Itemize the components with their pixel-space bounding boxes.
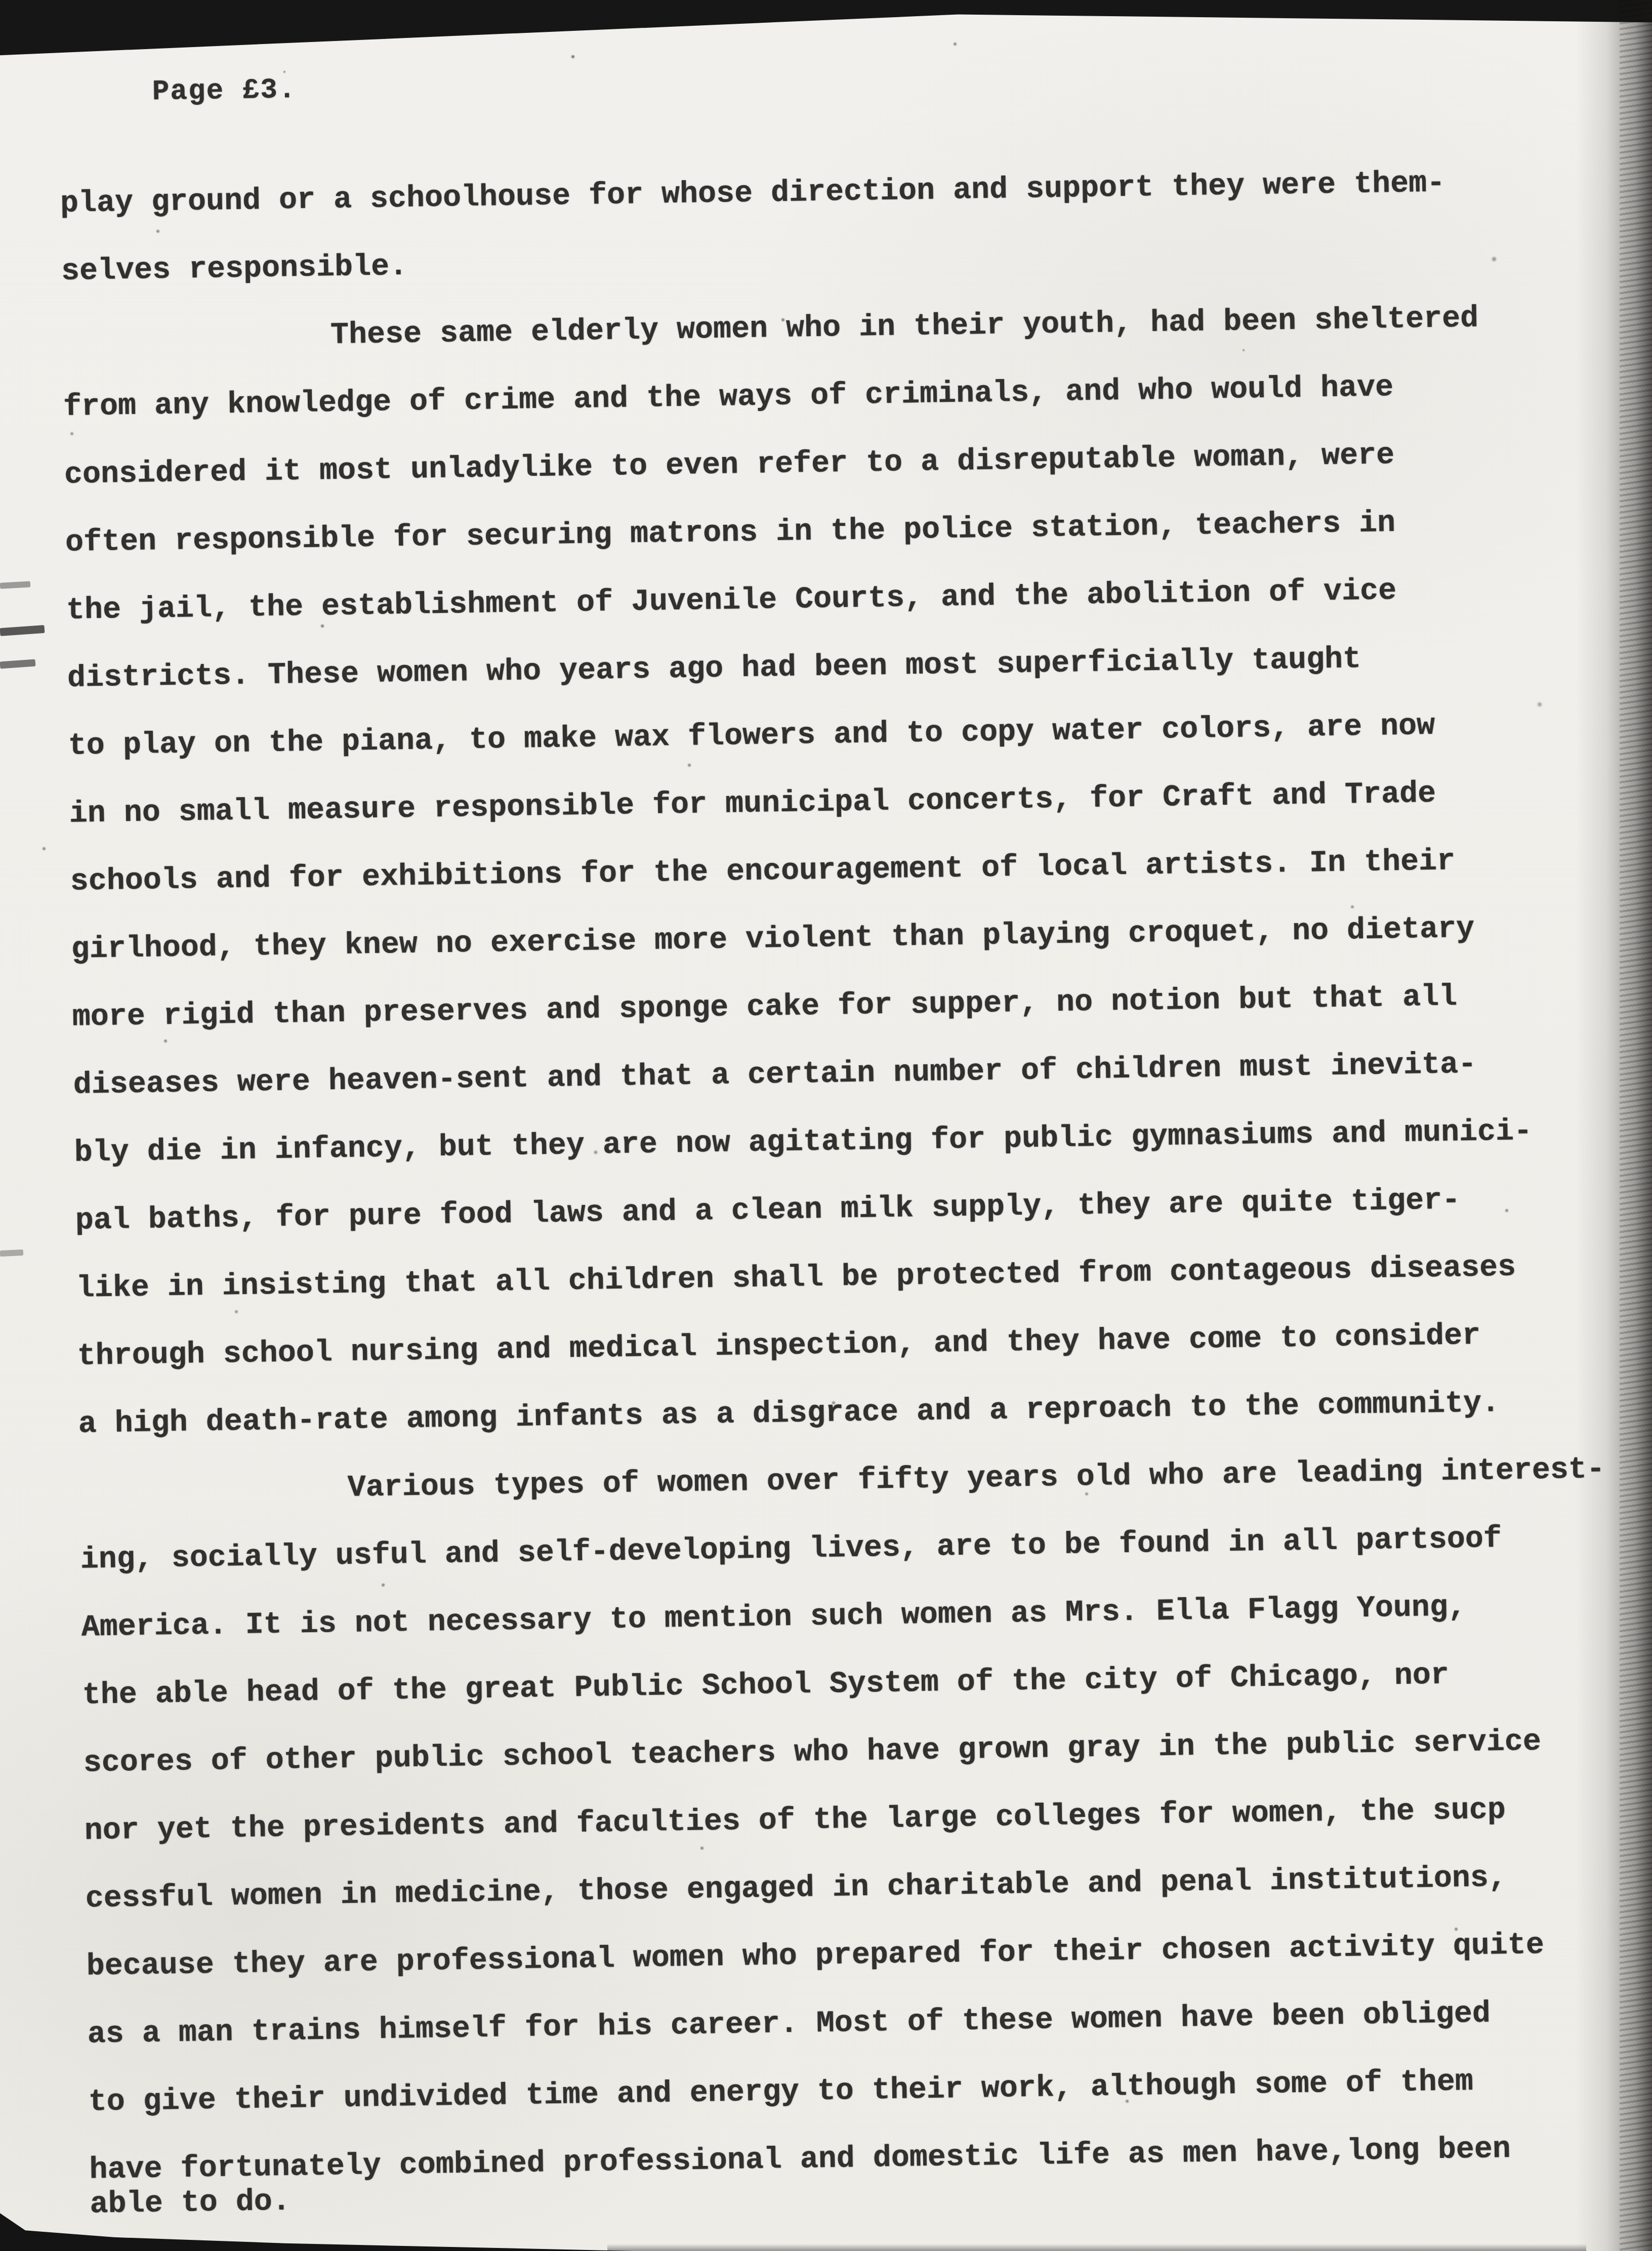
scanned-document-page: Page £3. play ground or a schoolhouse fo… [0, 0, 1652, 2251]
scan-artifact-left-mark [0, 581, 30, 589]
scan-artifact-left-mark [0, 625, 45, 636]
scan-artifact-top-edge [0, 0, 1652, 66]
typewritten-text: Page £3. play ground or a schoolhouse fo… [60, 147, 1649, 2238]
scan-artifact-left-mark [0, 659, 35, 669]
page-number: Page £3. [152, 74, 297, 107]
scan-artifact-bottom-edge [607, 2244, 1586, 2251]
scan-artifact-left-mark [0, 1249, 23, 1257]
